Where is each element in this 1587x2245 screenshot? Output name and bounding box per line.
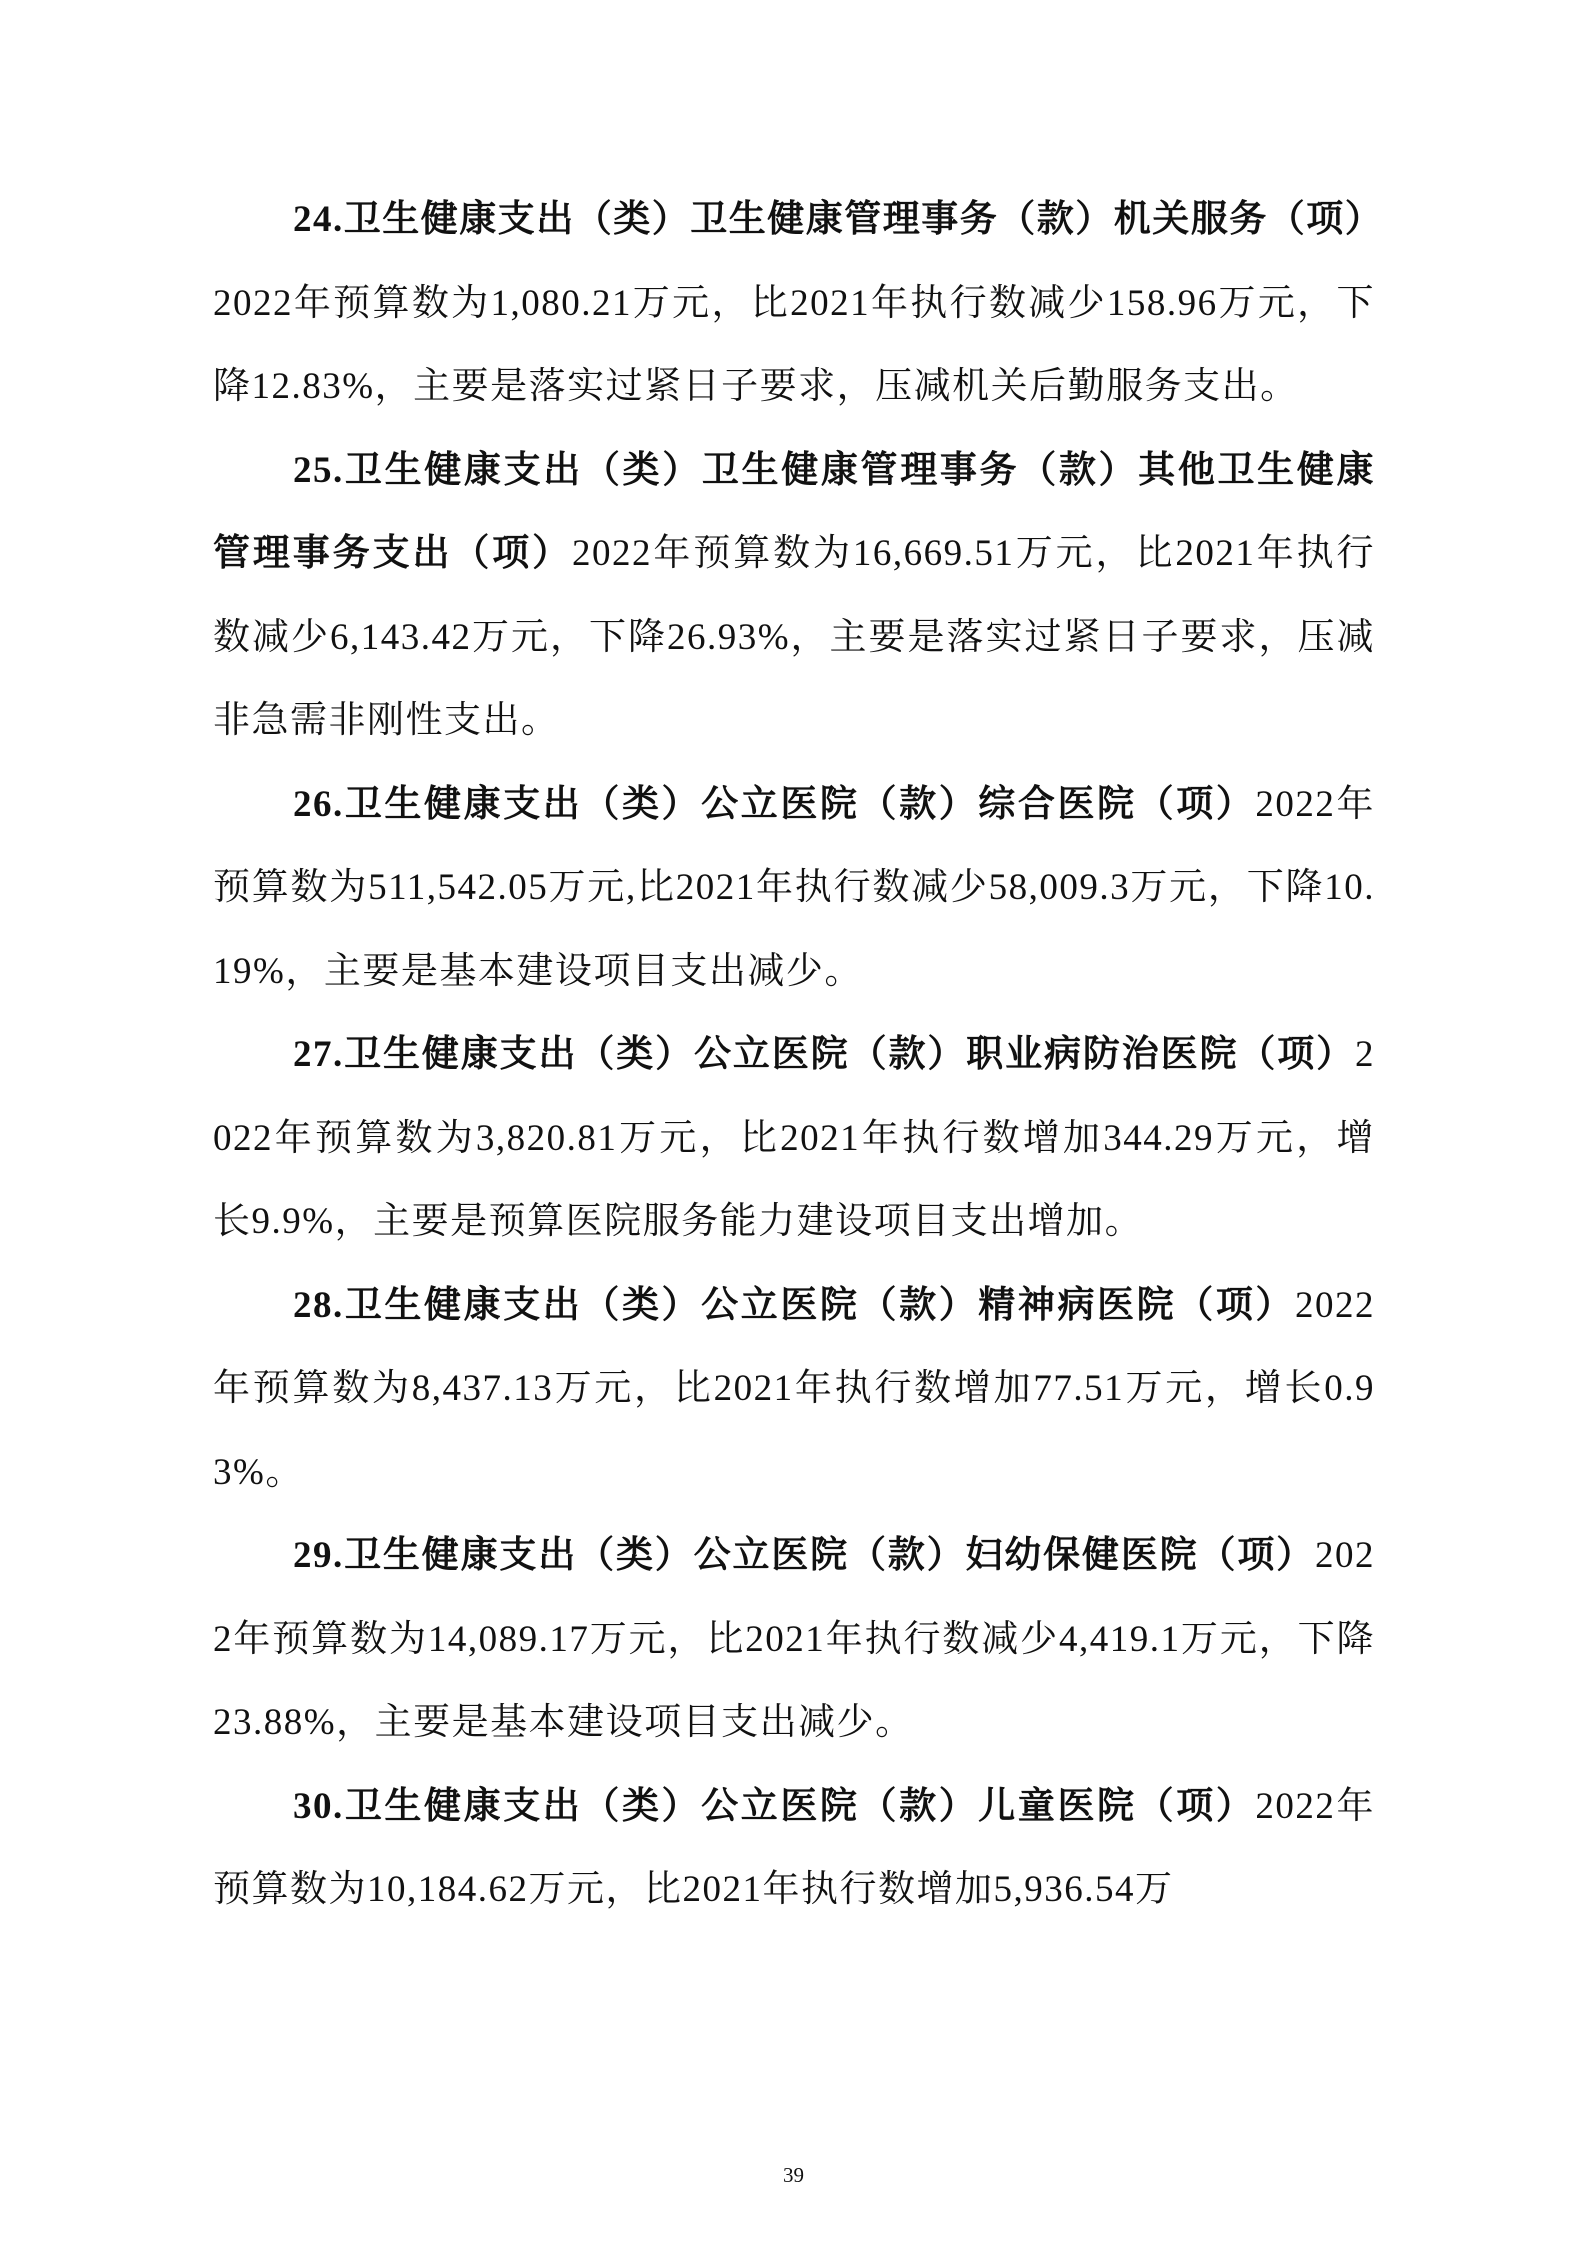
paragraph-heading: 28.卫生健康支出（类）公立医院（款）精神病医院（项） (293, 1285, 1295, 1326)
paragraph-29: 29.卫生健康支出（类）公立医院（款）妇幼保健医院（项）2022年预算数为14,… (213, 1514, 1375, 1765)
paragraph-heading: 26.卫生健康支出（类）公立医院（款）综合医院（项） (293, 784, 1255, 825)
paragraph-24: 24.卫生健康支出（类）卫生健康管理事务（款）机关服务（项）2022年预算数为1… (213, 178, 1375, 429)
paragraph-body: 2022年预算数为1,080.21万元，比2021年执行数减少158.96万元，… (213, 283, 1375, 408)
paragraph-26: 26.卫生健康支出（类）公立医院（款）综合医院（项）2022年预算数为511,5… (213, 763, 1375, 1014)
paragraph-heading: 30.卫生健康支出（类）公立医院（款）儿童医院（项） (293, 1786, 1255, 1827)
paragraph-heading: 29.卫生健康支出（类）公立医院（款）妇幼保健医院（项） (293, 1535, 1315, 1576)
paragraph-30: 30.卫生健康支出（类）公立医院（款）儿童医院（项）2022年预算数为10,18… (213, 1765, 1375, 1932)
paragraph-27: 27.卫生健康支出（类）公立医院（款）职业病防治医院（项）2022年预算数为3,… (213, 1013, 1375, 1264)
paragraph-28: 28.卫生健康支出（类）公立医院（款）精神病医院（项）2022年预算数为8,43… (213, 1264, 1375, 1515)
document-page-body: 24.卫生健康支出（类）卫生健康管理事务（款）机关服务（项）2022年预算数为1… (213, 178, 1375, 1932)
paragraph-heading: 24.卫生健康支出（类）卫生健康管理事务（款）机关服务（项） (293, 199, 1383, 240)
paragraph-25: 25.卫生健康支出（类）卫生健康管理事务（款）其他卫生健康管理事务支出（项）20… (213, 429, 1375, 763)
page-number: 39 (0, 2163, 1587, 2188)
paragraph-heading: 27.卫生健康支出（类）公立医院（款）职业病防治医院（项） (293, 1034, 1355, 1075)
